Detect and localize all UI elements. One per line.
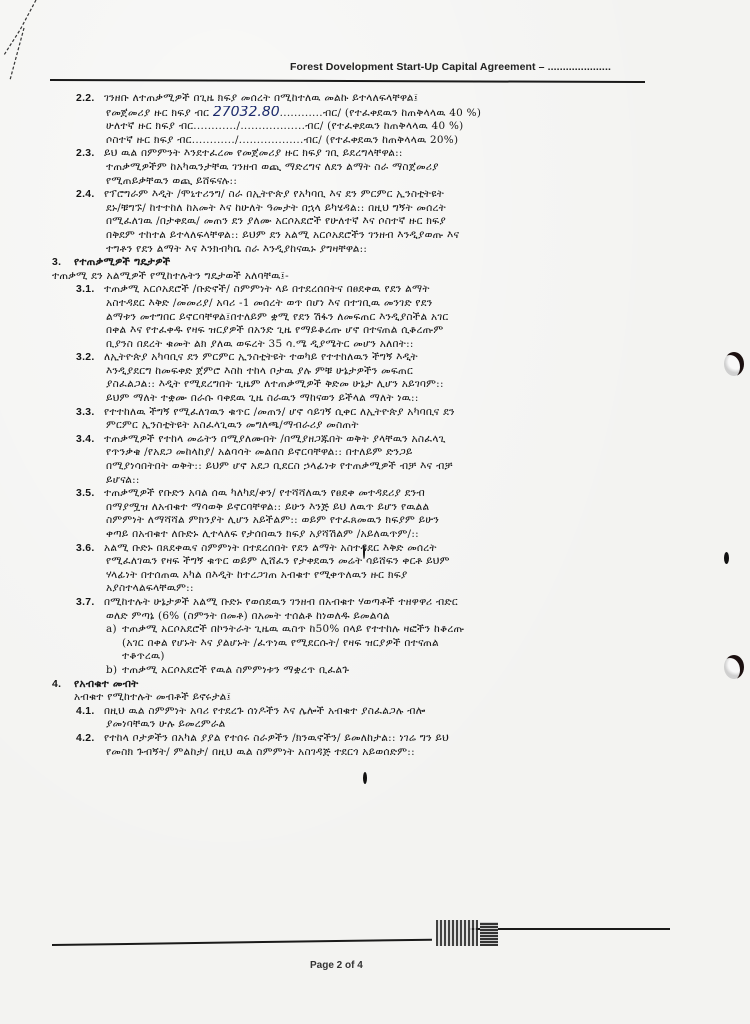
document-header-title: Forest Dovelopment Start-Up Capital Agre… [290, 61, 611, 73]
clause-3-2: 3.2.ለኢትዮጵያ አካባቢና ደን ምርምር ኢንስቲትዩት ተወካይ የተ… [52, 351, 662, 405]
page-number: Page 2 of 4 [310, 960, 363, 971]
handwritten-amount: 27032.80 [213, 106, 280, 120]
clause-3-3: 3.3.የተተከለዉ ችግኝ የሚፈለገዉን ቁጥር /መጠን/ ሆኖ ሳይገኝ… [52, 406, 662, 433]
section-3-heading: 3.የተጠቃሚዎች ግዴታዎች ተጠቃሚ ደን አልሚዎች የሚከተሉትን ግዴ… [52, 256, 662, 283]
clause-3-1: 3.1.ተጠቃሚ አርሶአደሮች /ቡድኖች/ ስምምነት ላይ በተደረሰበት… [52, 283, 662, 351]
punch-hole-lower [724, 655, 744, 679]
document-body: 2.2.ገንዘቡ ለተጠቃሚዎች በጊዜ ክፍያ መሰረት በሚከተለዉ መልኩ… [52, 92, 662, 759]
clause-2-3: 2.3.ይህ ዉል በምምንት እንደተፈረመ የመጀመሪያ ዙር ክፍያ ገቢ… [52, 147, 662, 188]
clause-4-1: 4.1.በዚህ ዉል ስምምነት አባሪ የተደረጉ ሰነዶችን እና ሌሎች … [52, 705, 662, 732]
header-divider [50, 79, 645, 83]
document-stamp [480, 922, 498, 946]
clause-3-7-b: b)ተጠቃሚ አርሶአደሮች የዉል ስምምነቱን ማቋረጥ ቢፈልጉ [76, 664, 662, 678]
clause-3-7: 3.7.በሚከተሉት ሁኔታዎች አልሚ ቡድኑ የወሰደዉን ገንዘብ በአብ… [52, 596, 662, 678]
ink-mark [363, 772, 367, 784]
footer-signature-line [470, 928, 670, 930]
document-stamp [436, 920, 478, 946]
clause-3-7-a: a)ተጠቃሚ አርሶአደሮች በኮንትራት ጊዜዉ ዉስጥ ከ50% በላይ የ… [76, 623, 662, 664]
footer-signature-line [52, 939, 432, 946]
clause-4-2: 4.2.የተከላ ቦታዎችን በአካል ያያል የተሰሩ ስራዎችን /ክንዉኖ… [52, 732, 662, 759]
section-4-heading: 4.የአብቁተ መብት አብቁተ የሚከተሉት መብቶች ይኖሩታል፤ [52, 678, 662, 705]
clause-2-2: 2.2.ገንዘቡ ለተጠቃሚዎች በጊዜ ክፍያ መሰረት በሚከተለዉ መልኩ… [52, 92, 662, 147]
pen-stroke-mark [0, 0, 40, 90]
clause-3-6: 3.6.አልሚ ቡድኑ በጸደቀዉና ስምምነት በተደረሰበት የደን ልማት… [52, 542, 662, 596]
ink-mark [724, 552, 729, 564]
punch-hole-upper [724, 352, 744, 376]
clause-3-5: 3.5.ተጠቃሚዎች የቡድን አባል ሰዉ ካለካደ/ቀን/ የተሻሻለዉን … [52, 487, 662, 541]
clause-2-4: 2.4.የፕሮግራም እዲት /ሞኒተሪንግ/ ስራ በኢትዮጵያ የአካባቢ … [52, 188, 662, 256]
scanned-document-page: Forest Dovelopment Start-Up Capital Agre… [0, 0, 750, 1024]
clause-3-4: 3.4.ተጠቃሚዎች የተከላ መሬትን በሚያለሙበት /በሚያዘጋጁበት ወ… [52, 433, 662, 487]
ink-mark [363, 545, 365, 559]
